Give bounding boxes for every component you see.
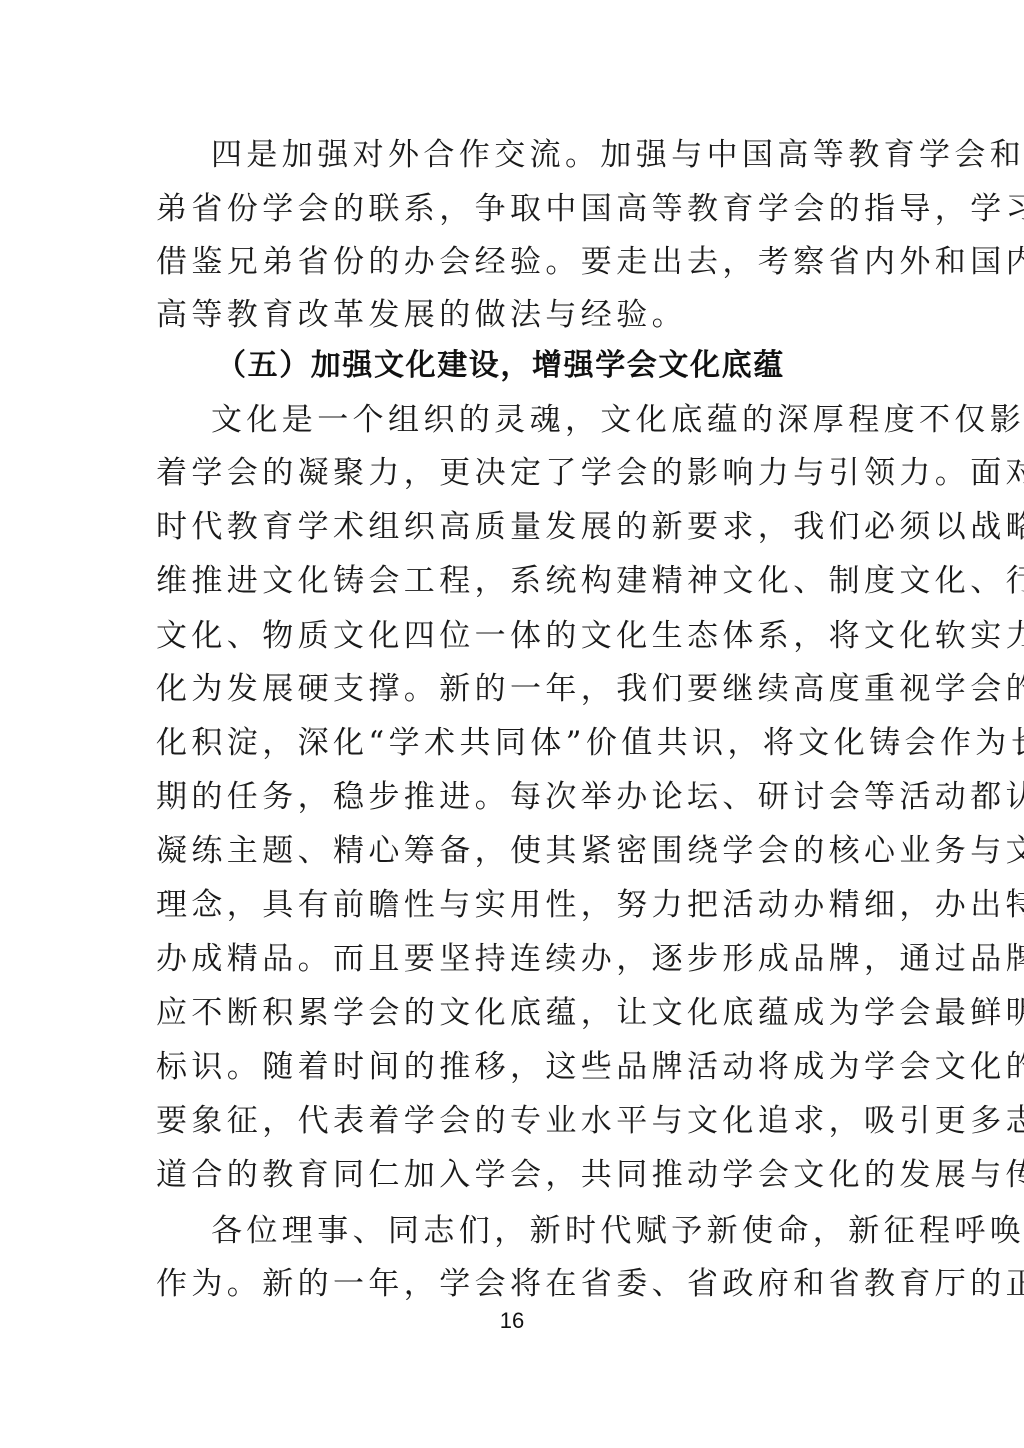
paragraph-line: 理念，具有前瞻性与实用性，努力把活动办精细，办出特色， [156,885,872,925]
paragraph-line: 弟省份学会的联系，争取中国高等教育学会的指导，学习和 [156,189,872,229]
paragraph-line: 时代教育学术组织高质量发展的新要求，我们必须以战略思 [156,507,872,547]
paragraph-line: 文化、物质文化四位一体的文化生态体系，将文化软实力转 [156,616,872,656]
paragraph-line: 应不断积累学会的文化底蕴，让文化底蕴成为学会最鲜明的 [156,993,872,1033]
paragraph-line: 高等教育改革发展的做法与经验。 [156,295,872,335]
paragraph-line: 化为发展硬支撑。新的一年，我们要继续高度重视学会的文 [156,669,872,709]
paragraph-line: 借鉴兄弟省份的办会经验。要走出去，考察省内外和国内外 [156,242,872,282]
paragraph-line: 凝练主题、精心筹备，使其紧密围绕学会的核心业务与文化 [156,831,872,871]
paragraph-line: 维推进文化铸会工程，系统构建精神文化、制度文化、行为 [156,561,872,601]
paragraph-line: 要象征，代表着学会的专业水平与文化追求，吸引更多志同 [156,1101,872,1141]
paragraph-line: 作为。新的一年，学会将在省委、省政府和省教育厅的正确 [156,1264,872,1304]
paragraph-line: 着学会的凝聚力，更决定了学会的影响力与引领力。面对新 [156,453,872,493]
paragraph-line: 文化是一个组织的灵魂，文化底蕴的深厚程度不仅影响 [211,400,927,440]
page-number: 16 [0,1306,1024,1336]
paragraph-line: 标识。随着时间的推移，这些品牌活动将成为学会文化的重 [156,1047,872,1087]
paragraph-line: 期的任务，稳步推进。每次举办论坛、研讨会等活动都认真 [156,777,872,817]
paragraph-line: 道合的教育同仁加入学会，共同推动学会文化的发展与传承。 [156,1155,872,1195]
section-heading: （五）加强文化建设，增强学会文化底蕴 [216,346,932,386]
paragraph-line: 办成精品。而且要坚持连续办，逐步形成品牌，通过品牌效 [156,939,872,979]
paragraph-line: 各位理事、同志们，新时代赋予新使命，新征程呼唤新 [211,1211,927,1251]
paragraph-line: 化积淀，深化“学术共同体”价值共识，将文化铸会作为长 [156,723,872,763]
document-page: 四是加强对外合作交流。加强与中国高等教育学会和兄 弟省份学会的联系，争取中国高等… [0,0,1024,1448]
paragraph-line: 四是加强对外合作交流。加强与中国高等教育学会和兄 [211,135,927,175]
